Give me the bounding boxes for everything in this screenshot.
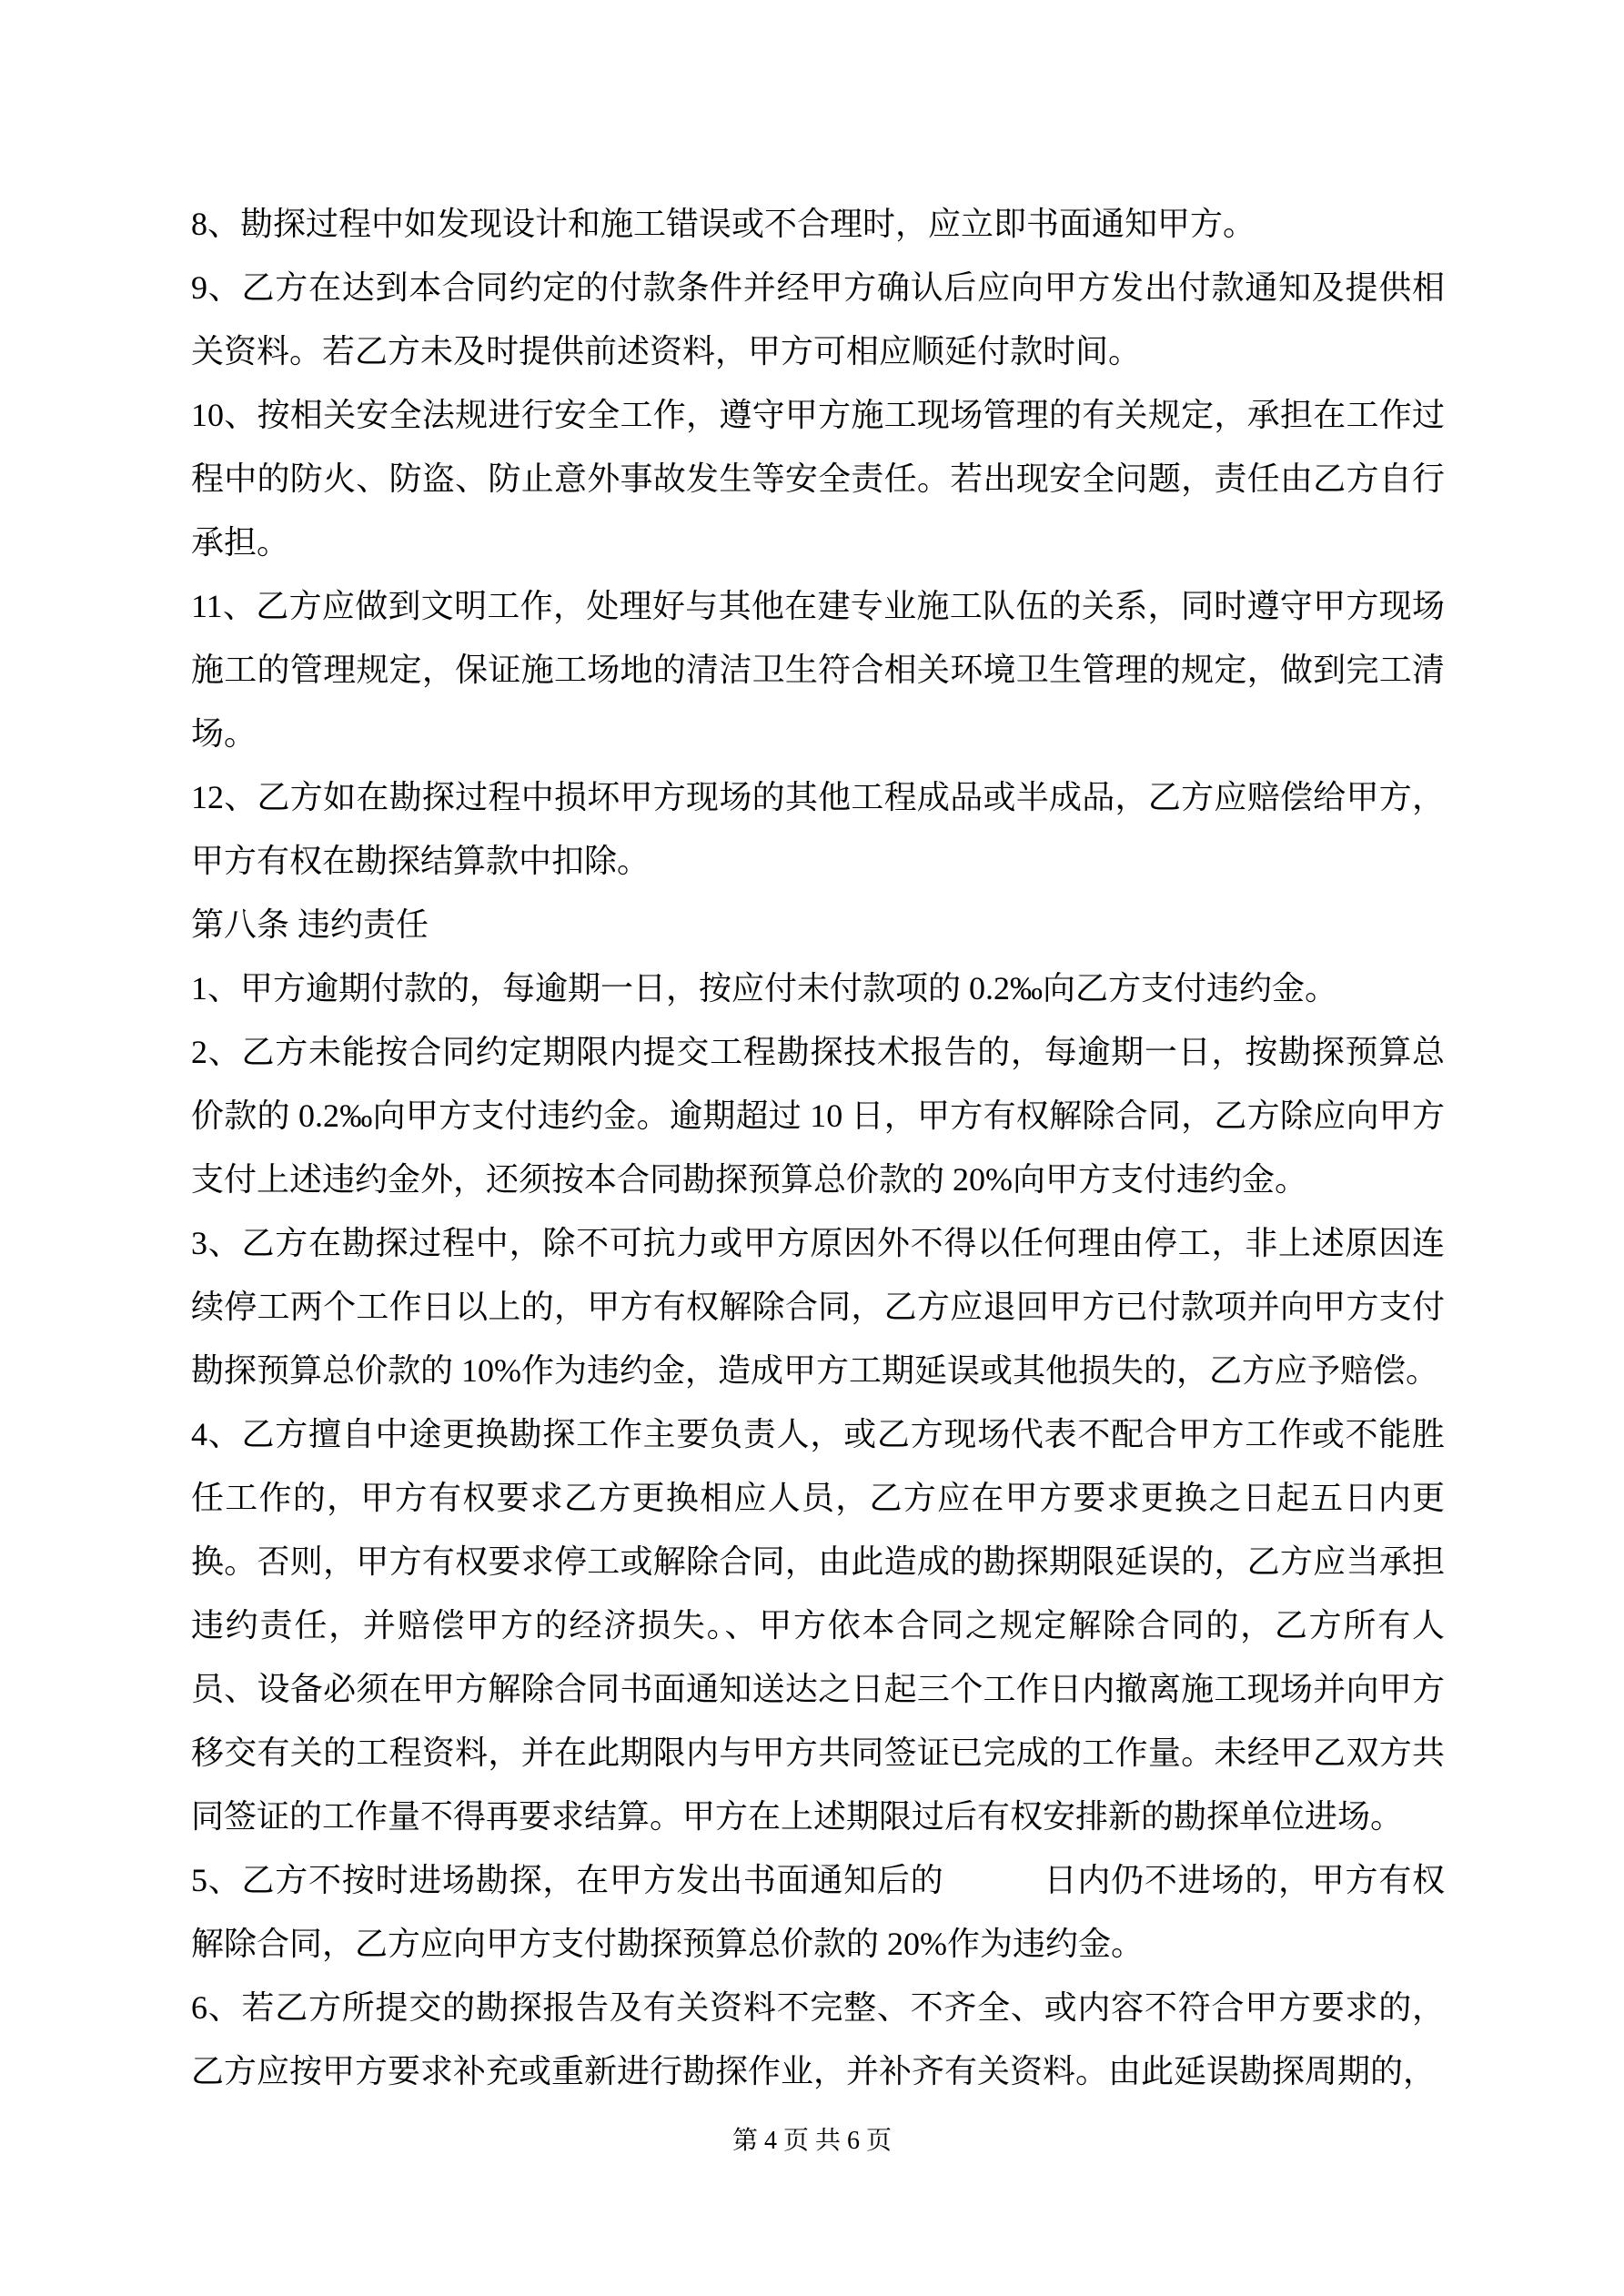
section-heading: 第八条 违约责任 <box>191 893 1445 956</box>
page-body-text: 8、勘探过程中如发现设计和施工错误或不合理时，应立即书面通知甲方。 9、乙方在达… <box>191 192 1445 2103</box>
clause-paragraph: 5、乙方不按时进场勘探，在甲方发出书面通知后的 日内仍不进场的，甲方有权解除合同… <box>191 1848 1445 1976</box>
clause-paragraph: 3、乙方在勘探过程中，除不可抗力或甲方原因外不得以任何理由停工，非上述原因连续停… <box>191 1211 1445 1402</box>
clause-paragraph: 4、乙方擅自中途更换勘探工作主要负责人，或乙方现场代表不配合甲方工作或不能胜任工… <box>191 1402 1445 1848</box>
clause-paragraph: 2、乙方未能按合同约定期限内提交工程勘探技术报告的，每逾期一日，按勘探预算总价款… <box>191 1020 1445 1211</box>
document-page: 8、勘探过程中如发现设计和施工错误或不合理时，应立即书面通知甲方。 9、乙方在达… <box>0 0 1624 2296</box>
clause-paragraph: 10、按相关安全法规进行安全工作，遵守甲方施工现场管理的有关规定，承担在工作过程… <box>191 383 1445 574</box>
clause-paragraph: 11、乙方应做到文明工作，处理好与其他在建专业施工队伍的关系，同时遵守甲方现场施… <box>191 574 1445 765</box>
clause-paragraph: 6、若乙方所提交的勘探报告及有关资料不完整、不齐全、或内容不符合甲方要求的，乙方… <box>191 1976 1445 2103</box>
clause-paragraph: 1、甲方逾期付款的，每逾期一日，按应付未付款项的 0.2‰向乙方支付违约金。 <box>191 956 1445 1020</box>
clause-paragraph: 12、乙方如在勘探过程中损坏甲方现场的其他工程成品或半成品，乙方应赔偿给甲方，甲… <box>191 765 1445 893</box>
clause-paragraph: 9、乙方在达到本合同约定的付款条件并经甲方确认后应向甲方发出付款通知及提供相关资… <box>191 256 1445 383</box>
page-number-footer: 第 4 页 共 6 页 <box>0 2127 1624 2156</box>
clause-paragraph: 8、勘探过程中如发现设计和施工错误或不合理时，应立即书面通知甲方。 <box>191 192 1445 256</box>
